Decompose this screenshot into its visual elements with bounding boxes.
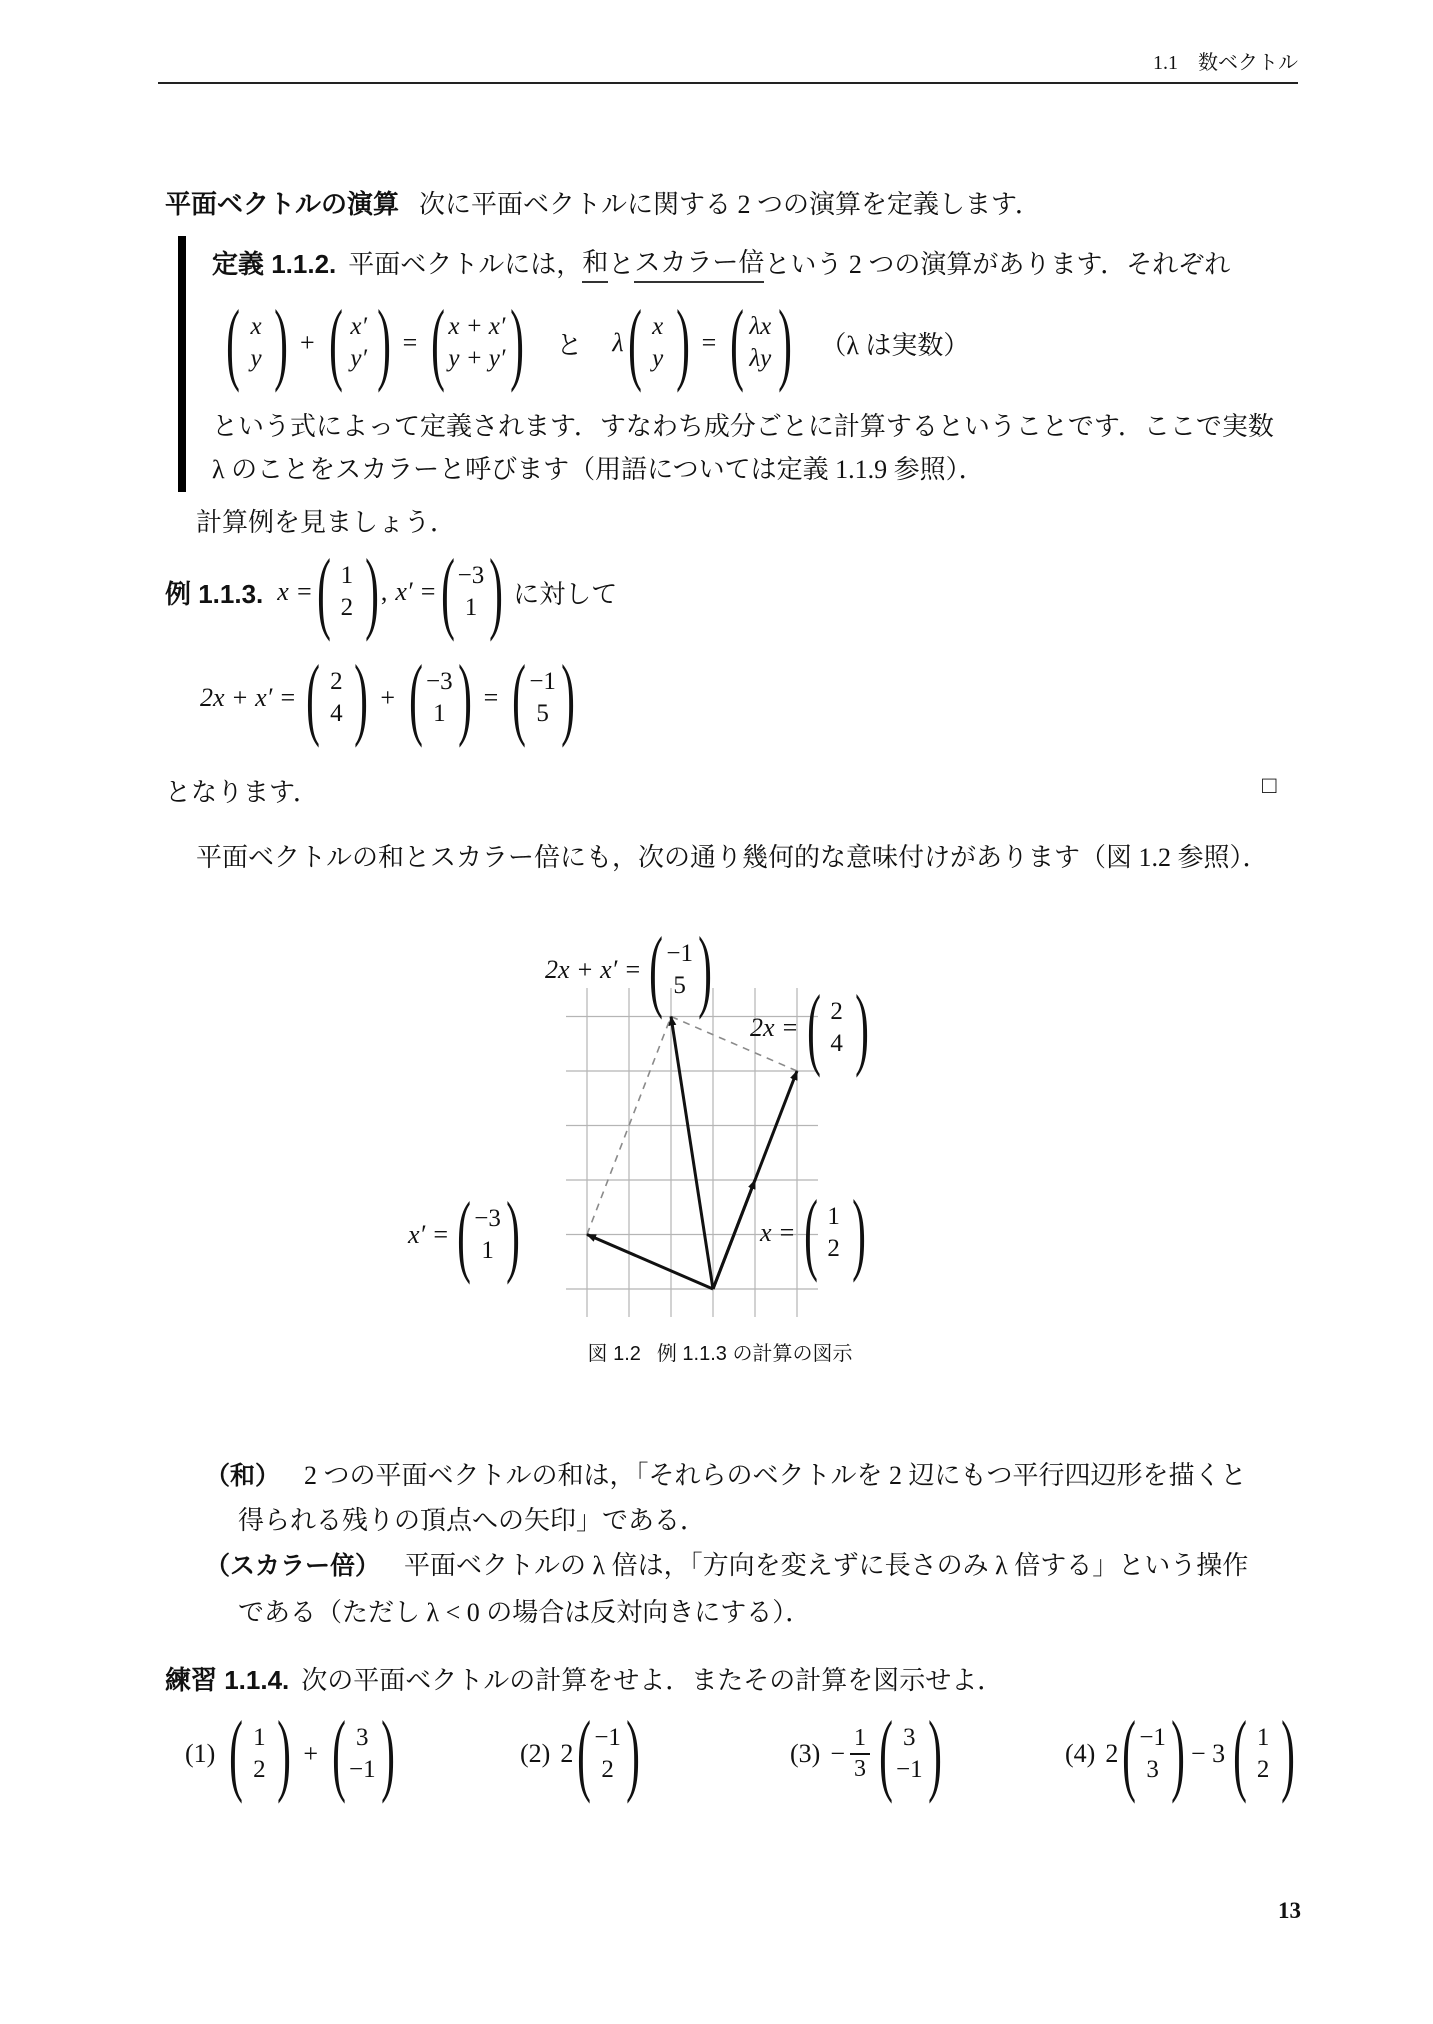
right-paren-icon [365,554,377,629]
problem-number: (1) [185,1739,215,1769]
problem-number: (2) [520,1739,550,1769]
problem2-vector: −1 2 [575,1716,640,1791]
left-paren-icon [807,990,819,1065]
right-paren-icon [506,1197,518,1272]
and-connector: と [556,325,582,362]
vector-xprime: x′ y′ [327,305,391,380]
figure-caption: 図 1.2 例 1.1.3 の計算の図示 [400,1337,1040,1366]
right-paren-icon [928,1716,940,1791]
coefficient: 2 [560,1739,573,1769]
right-paren-icon [511,305,523,380]
bridge-paragraph: 平面ベクトルの和とスカラー倍にも，次の通り幾何的な意味付けがあります（図 1.2… [196,837,1269,874]
intro-text: 次に平面ベクトルに関する 2 つの演算を定義します． [419,184,1041,221]
vector-entry: 2 [253,1754,266,1787]
definition-underline-scalar: スカラー倍 [634,242,764,283]
left-paren-icon [431,305,443,380]
right-paren-icon [1171,1716,1183,1791]
definition-line2: という式によって定義されます．すなわち成分ごとに計算するということです．ここで実… [212,406,1274,443]
vector-entry: 4 [830,1028,843,1061]
equals-sign: = [702,328,717,358]
figure-canvas [400,900,1040,1385]
vector-entry: 2 [601,1754,614,1787]
vector-entry: 3 [1146,1754,1159,1787]
left-paren-icon [441,554,453,629]
vector-entry: −3 [474,1203,501,1236]
problem1-vector2: 3 −1 [330,1716,395,1791]
vector-result-value: −1 5 [510,660,575,735]
lead-sentence: 計算例を見ましょう． [196,502,456,539]
left-paren-icon [879,1716,891,1791]
right-paren-icon [355,660,367,735]
right-paren-icon [698,932,710,1007]
vector-entry: 3 [903,1722,916,1755]
vector-entry: −1 [349,1754,376,1787]
vector-xprime-value2: −3 1 [407,660,472,735]
calc-lhs: 2x + x′ = [200,683,296,713]
problem-number: (4) [1065,1739,1095,1769]
problem3-vector: 3 −1 [877,1716,942,1791]
left-paren-icon [317,554,329,629]
vector-x: x y [224,305,288,380]
left-paren-icon [1233,1716,1245,1791]
vector-entry: y′ [350,343,367,376]
left-paren-icon [307,660,319,735]
vector-entry: y [652,343,663,376]
left-paren-icon [329,305,341,380]
vector-entry: y + y′ [448,343,505,376]
comma: , [381,577,388,607]
label-sum-lhs: 2x + x′ = [545,955,641,985]
vector-entry: 1 [465,592,478,625]
exercise-label: 練習 1.1.4. [165,1660,289,1697]
vector-entry: 5 [536,698,549,731]
problem-3: (3) − 1 3 3 −1 [790,1706,944,1802]
left-paren-icon [332,1716,344,1791]
definition-formula: x y + x′ y′ = x + x′ y + y′ と λ [222,296,969,390]
exercise-heading: 練習 1.1.4. 次の平面ベクトルの計算をせよ．またその計算を図示せよ． [165,1660,1003,1697]
example-tail: に対して [513,574,617,611]
example-calculation: 2x + x′ = 2 4 + −3 1 = −1 5 [200,652,577,744]
vector-entry: λx [749,311,771,344]
vector-entry: 1 [433,698,446,731]
vector-entry: 2 [341,592,354,625]
plus-sign: + [300,328,315,358]
note-sum-line1: （和） 2 つの平面ベクトルの和は，「それらのベクトルを 2 辺にもつ平行四辺形… [205,1455,1247,1492]
definition-left-bar [178,236,186,492]
label-2x-lhs: 2x = [750,1013,799,1043]
right-paren-icon [1281,1716,1293,1791]
label-x-lhs: x = [760,1218,796,1248]
vector-entry: −1 [529,666,556,699]
left-paren-icon [409,660,421,735]
right-paren-icon [676,305,688,380]
left-paren-icon [226,305,238,380]
plus-sign: + [303,1739,318,1769]
left-paren-icon [804,1195,816,1270]
coefficient: 2 [1105,1739,1118,1769]
equals-sign: = [403,328,418,358]
right-paren-icon [274,305,286,380]
vector-entry: −3 [458,560,485,593]
note-scalar-line1: （スカラー倍） 平面ベクトルの λ 倍は，「方向を変えずに長さのみ λ 倍する」… [205,1545,1248,1582]
intro-heading: 平面ベクトルの演算 [165,184,399,221]
fraction-bar [850,1753,870,1755]
figure-caption-label: 図 1.2 [588,1337,641,1366]
vector-entry: x′ [350,311,367,344]
plus-sign: + [380,683,395,713]
note-scalar-label: （スカラー倍） [205,1546,380,1582]
vector-sum: x + x′ y + y′ [429,305,524,380]
problem-1: (1) 1 2 + 3 −1 [185,1706,397,1802]
left-paren-icon [628,305,640,380]
end-of-example-icon: □ [1262,774,1277,798]
vector-entry: −1 [896,1754,923,1787]
vector-entry: 1 [827,1201,840,1234]
arrow-sum [671,1017,713,1290]
right-paren-icon [277,1716,289,1791]
left-paren-icon [457,1197,469,1272]
vector-entry: x [250,311,261,344]
vector-entry: y [250,343,261,376]
right-paren-icon [852,1195,864,1270]
right-paren-icon [458,660,470,735]
example-heading-row: 例 1.1.3. x = 1 2 , x′ = −3 1 に対して [165,546,617,638]
textbook-page: 1.1 数ベクトル 平面ベクトルの演算 次に平面ベクトルに関する 2 つの演算を… [0,0,1433,2024]
minus-three-coefficient: − 3 [1191,1739,1225,1769]
header-rule [158,82,1298,84]
label-sum: 2x + x′ = −1 5 [545,925,714,1015]
vector-entry: −1 [1139,1722,1166,1755]
label-xprime-lhs: x′ = [408,1220,449,1250]
vector-entry: 1 [1257,1722,1270,1755]
vector-entry: 4 [330,698,343,731]
right-paren-icon [626,1716,638,1791]
figure-caption-text: 例 1.1.3 の計算の図示 [657,1337,853,1366]
running-header: 1.1 数ベクトル [1153,46,1298,75]
problem-4: (4) 2 −1 3 − 3 1 2 [1065,1706,1297,1802]
vector-entry: 2 [330,666,343,699]
problem4-vector1: −1 3 [1120,1716,1185,1791]
left-paren-icon [650,932,662,1007]
right-paren-icon [778,305,790,380]
vector-entry: x + x′ [448,311,505,344]
note-sum-text1: 2 つの平面ベクトルの和は，「それらのベクトルを 2 辺にもつ平行四辺形を描くと [304,1455,1247,1492]
vector-entry: 2 [830,996,843,1029]
left-paren-icon [1122,1716,1134,1791]
problem1-vector1: 1 2 [227,1716,291,1791]
definition-line1-pre: 平面ベクトルには， [348,244,582,281]
problem-number: (3) [790,1739,820,1769]
vector-entry: 2 [827,1233,840,1266]
note-scalar-text1: 平面ベクトルの λ 倍は，「方向を変えずに長さのみ λ 倍する」という操作 [404,1545,1248,1582]
right-paren-icon [381,1716,393,1791]
label-x: x = 1 2 [760,1188,868,1278]
definition-line1: 定義 1.1.2. 平面ベクトルには， 和 と スカラー倍 という 2 つの演算… [212,242,1230,283]
problem-2: (2) 2 −1 2 [520,1706,642,1802]
definition-line3: λ のことをスカラーと呼びます（用語については定義 1.1.9 参照）． [212,449,985,486]
vector-x-value: 1 2 [315,554,379,629]
fraction-one-third: 1 3 [850,1726,870,1782]
vector-entry: 1 [253,1722,266,1755]
equals-sign: = [484,683,499,713]
vector-entry: 5 [673,970,686,1003]
right-paren-icon [377,305,389,380]
vector-entry: 2 [1257,1754,1270,1787]
vector-entry: −1 [594,1722,621,1755]
note-sum-label: （和） [205,1456,280,1492]
definition-underline-sum: 和 [582,242,608,283]
right-paren-icon [489,554,501,629]
x-equals: x = [277,577,313,607]
minus-sign: − [830,1739,845,1769]
left-paren-icon [577,1716,589,1791]
label-2x: 2x = 2 4 [750,983,871,1073]
left-paren-icon [512,660,524,735]
right-paren-icon [561,660,573,735]
vector-entry: −3 [426,666,453,699]
vector-xprime-value: −3 1 [439,554,504,629]
example-label: 例 1.1.3. [165,574,263,611]
definition-line1-post: という 2 つの演算があります．それぞれ [764,244,1230,281]
fraction-numerator: 1 [854,1726,866,1751]
lambda-note: （λ は実数） [820,325,969,362]
example-result: となります． [165,772,319,809]
vector-entry: 1 [341,560,354,593]
vector-2x-label: 2 4 [805,990,869,1065]
note-scalar-line2: である（ただし λ < 0 の場合は反対向きにする）． [238,1592,811,1629]
left-paren-icon [730,305,742,380]
definition-label: 定義 1.1.2. [212,244,336,281]
vector-entry: 3 [356,1722,369,1755]
fraction-denominator: 3 [854,1757,866,1782]
lambda-symbol: λ [612,328,623,358]
vector-lambda-x: λx λy [728,305,792,380]
arrow-xprime [587,1235,713,1290]
vector-entry: 1 [481,1235,494,1268]
intro-paragraph: 平面ベクトルの演算 次に平面ベクトルに関する 2 つの演算を定義します． [165,184,1041,221]
label-xprime: x′ = −3 1 [408,1190,522,1280]
figure-1-2: 2x + x′ = −1 5 2x = 2 4 x′ [400,900,1040,1385]
vector-xprime-label: −3 1 [455,1197,520,1272]
note-sum-line2: 得られる残りの頂点への矢印」である． [238,1500,706,1537]
xprime-equals: x′ = [395,577,436,607]
vector-entry: −1 [666,938,693,971]
page-number: 13 [1278,1898,1301,1924]
vector-sum-label: −1 5 [647,932,712,1007]
vector-entry: λy [749,343,771,376]
vector-2x-value: 2 4 [304,660,368,735]
vector-x-label: 1 2 [802,1195,866,1270]
vector-entry: x [652,311,663,344]
left-paren-icon [229,1716,241,1791]
exercise-text: 次の平面ベクトルの計算をせよ．またその計算を図示せよ． [301,1660,1003,1697]
problem4-vector2: 1 2 [1231,1716,1295,1791]
vector-x2: x y [626,305,690,380]
definition-line1-mid: と [608,244,634,281]
right-paren-icon [855,990,867,1065]
